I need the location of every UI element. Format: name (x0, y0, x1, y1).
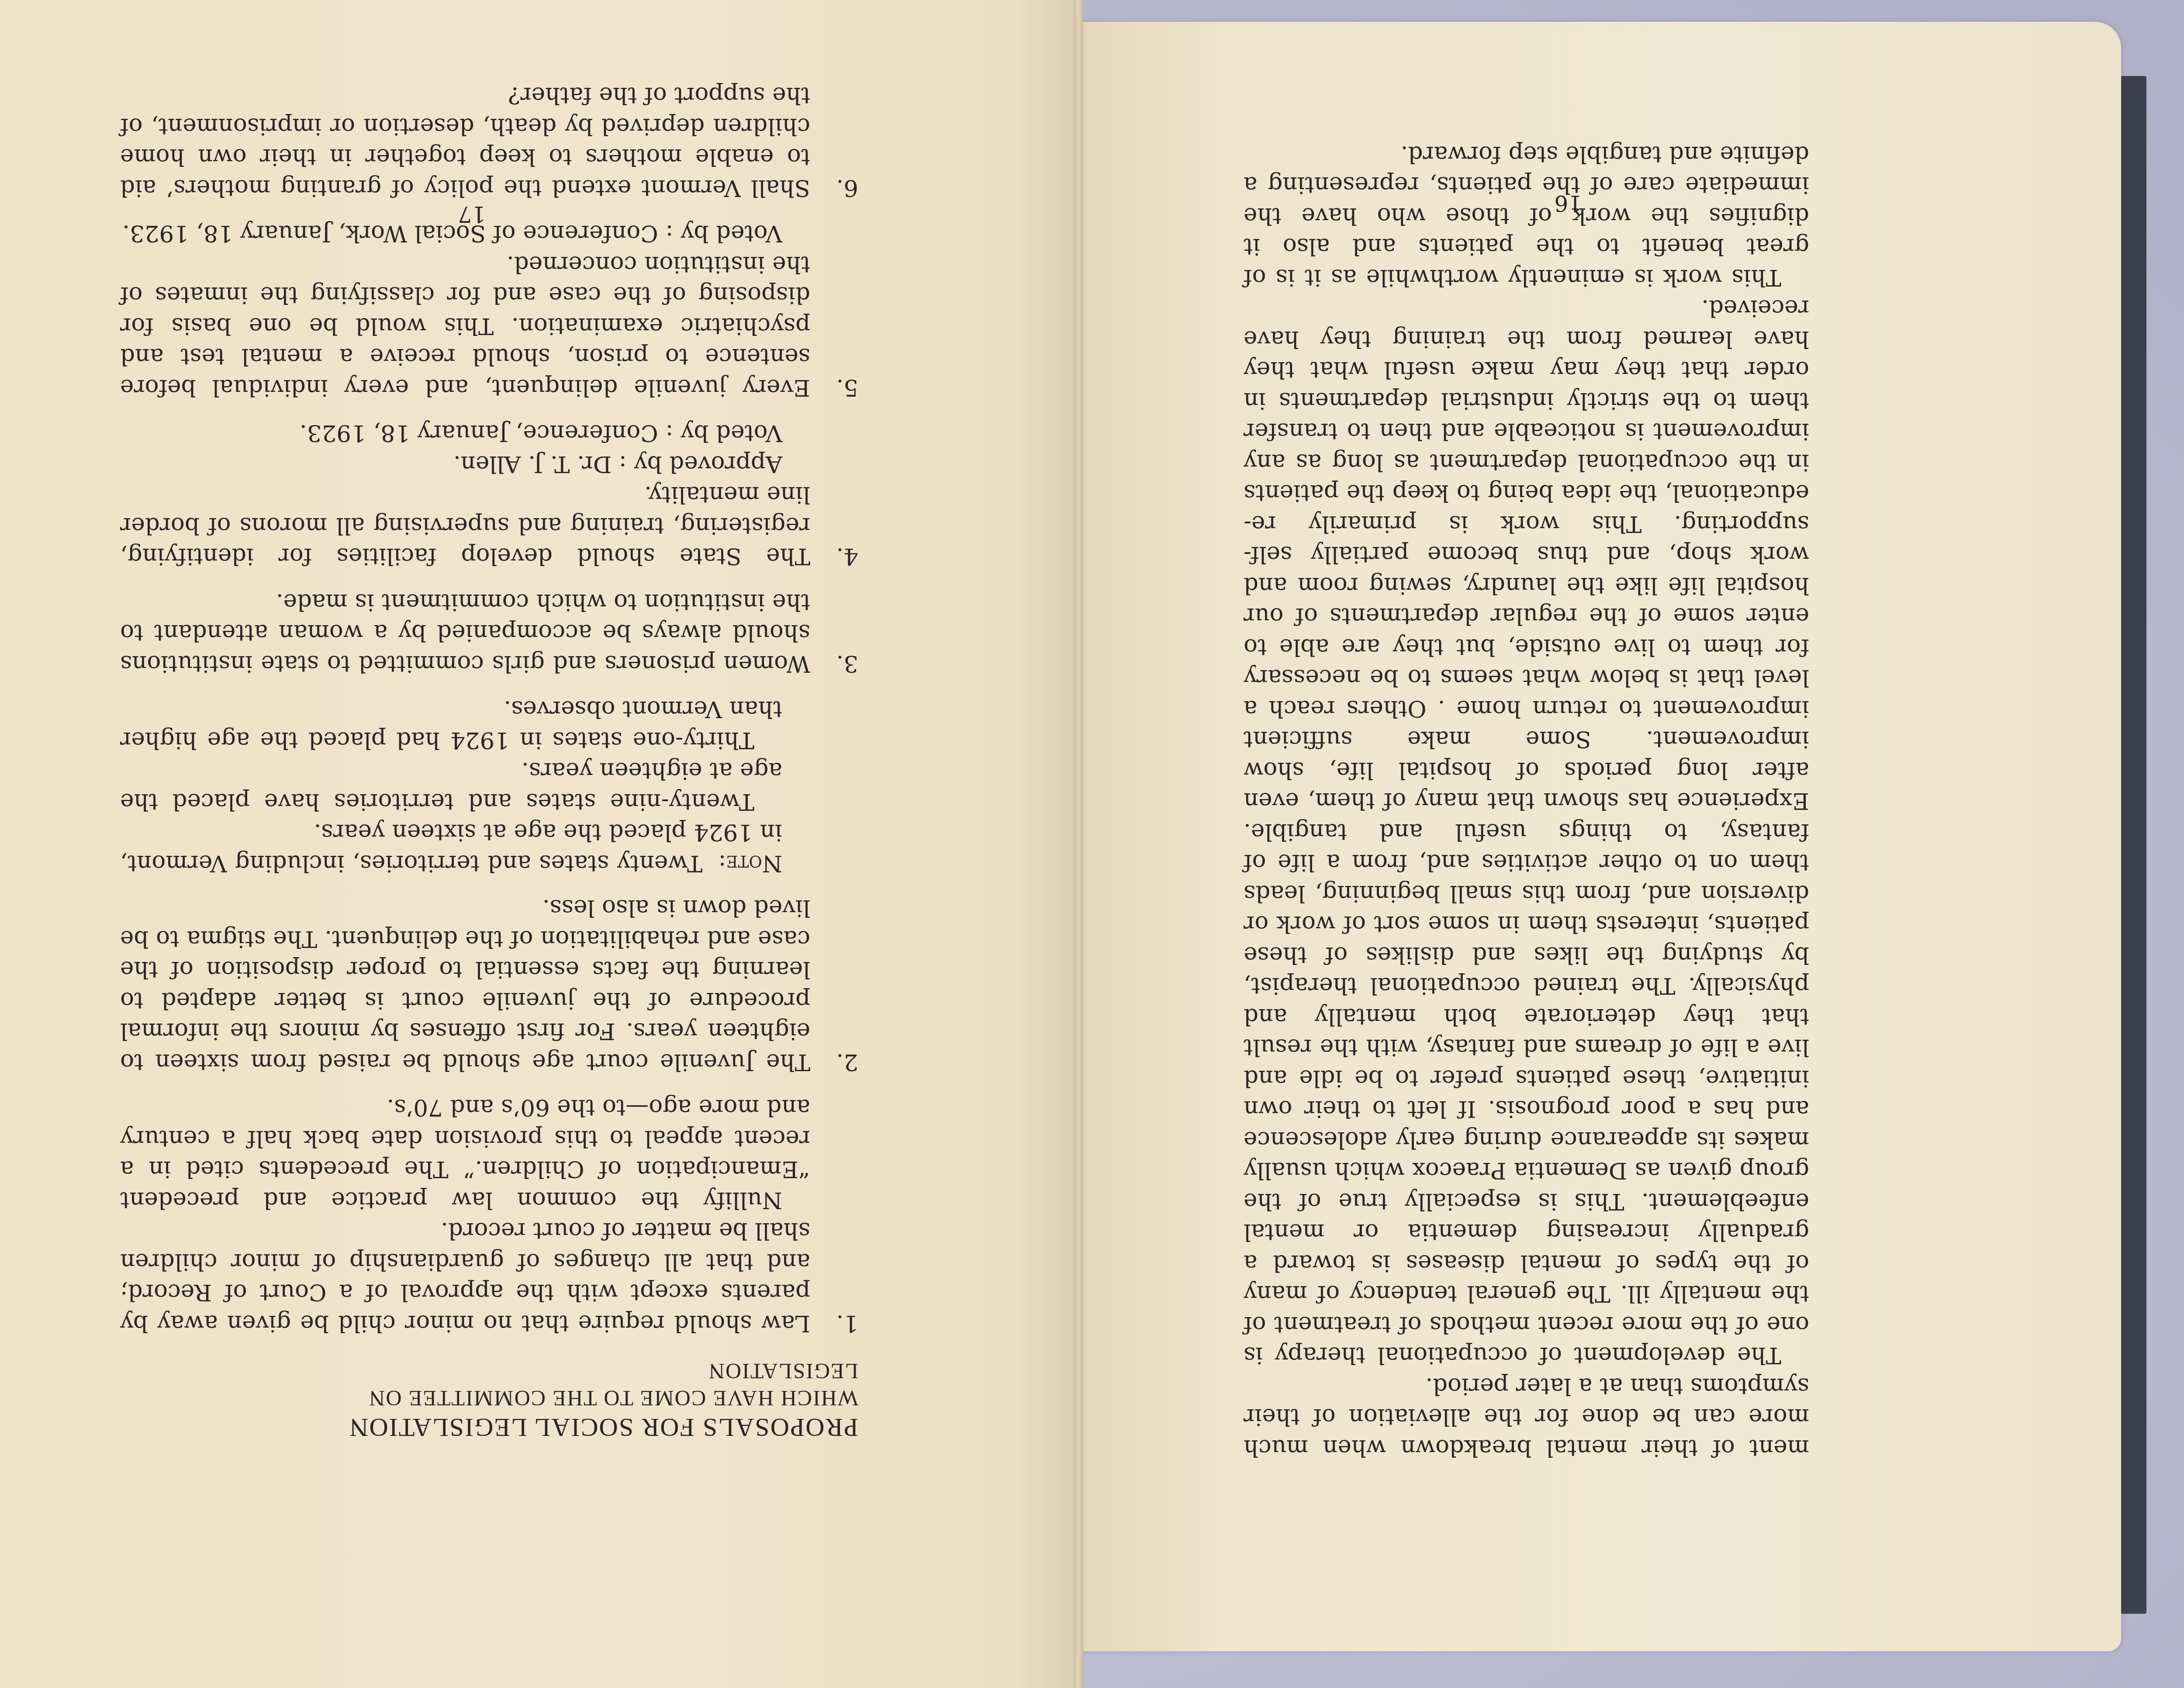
paragraph: ment of their mental breakdown when much… (1244, 1371, 1809, 1463)
proposal-item-3: 3. Women prisoners and girls committed t… (120, 587, 858, 679)
paragraph-occupational-therapy: The development of occupational therapy … (1244, 293, 1809, 1371)
approved-by: Approved by : Dr. T. J. Allen. (120, 449, 810, 480)
page-17-body: PROPOSALS FOR SOCIAL LEGISLATION WHICH H… (120, 80, 858, 1443)
subtitle-line-2: LEGISLATION (708, 1359, 858, 1384)
item-number: 6. (810, 80, 858, 203)
item-number: 4. (810, 418, 858, 572)
proposal-item-1: 1. Law should require that no minor chil… (120, 1092, 858, 1339)
page-16-body: ment of their mental breakdown when much… (1244, 139, 1809, 1463)
page-number-16: 16 (1554, 190, 1582, 216)
note-line: Thirty-one states in 1924 had placed the… (120, 694, 782, 755)
item-text: Law should require that no minor child b… (120, 1215, 810, 1339)
item-number: 5. (810, 218, 858, 403)
note-line: Twenty states and territories, including… (120, 820, 782, 877)
section-title: PROPOSALS FOR SOCIAL LEGISLATION (120, 1412, 858, 1443)
item-number: 1. (810, 1092, 858, 1339)
item-note: Note: Twenty states and territories, inc… (120, 694, 810, 879)
item-text: The Juvenile court age should be raised … (120, 892, 810, 1077)
note-label: Note: (719, 850, 782, 877)
item-number: 2. (810, 694, 858, 1077)
paragraph-conclusion: This work is eminently worthwhile as it … (1244, 139, 1809, 293)
item-subtext: Nullify the common law practice and prec… (120, 1092, 810, 1215)
proposal-item-2: 2. The Juvenile court age should be rais… (120, 694, 858, 1077)
proposal-item-5: 5. Every juvenile delinquent, and every … (120, 218, 858, 403)
item-text: Women prisoners and girls committed to s… (120, 587, 810, 679)
proposal-item-6: 6. Shall Vermont extend the policy of gr… (120, 80, 858, 203)
item-text: Every juvenile delinquent, and every ind… (120, 249, 810, 403)
booklet-photo-scene: ment of their mental breakdown when much… (0, 0, 2184, 1688)
subtitle-line-1: WHICH HAVE COME TO THE COMMITTEE ON (368, 1386, 858, 1411)
item-text: The State should develop facilities for … (120, 479, 810, 572)
voted-by: Voted by : Conference, January 18, 1923. (120, 418, 810, 449)
proposal-item-4: 4. The State should develop facilities f… (120, 418, 858, 572)
page-number-17: 17 (458, 201, 486, 227)
note-line: Twenty-nine states and territories have … (120, 755, 782, 817)
book-gutter (1074, 0, 1083, 1688)
item-text: Shall Vermont extend the policy of grant… (120, 80, 810, 203)
item-number: 3. (810, 587, 858, 679)
booklet-cover-edge (2120, 76, 2146, 1614)
section-subtitle: WHICH HAVE COME TO THE COMMITTEE ON LEGI… (120, 1358, 858, 1412)
